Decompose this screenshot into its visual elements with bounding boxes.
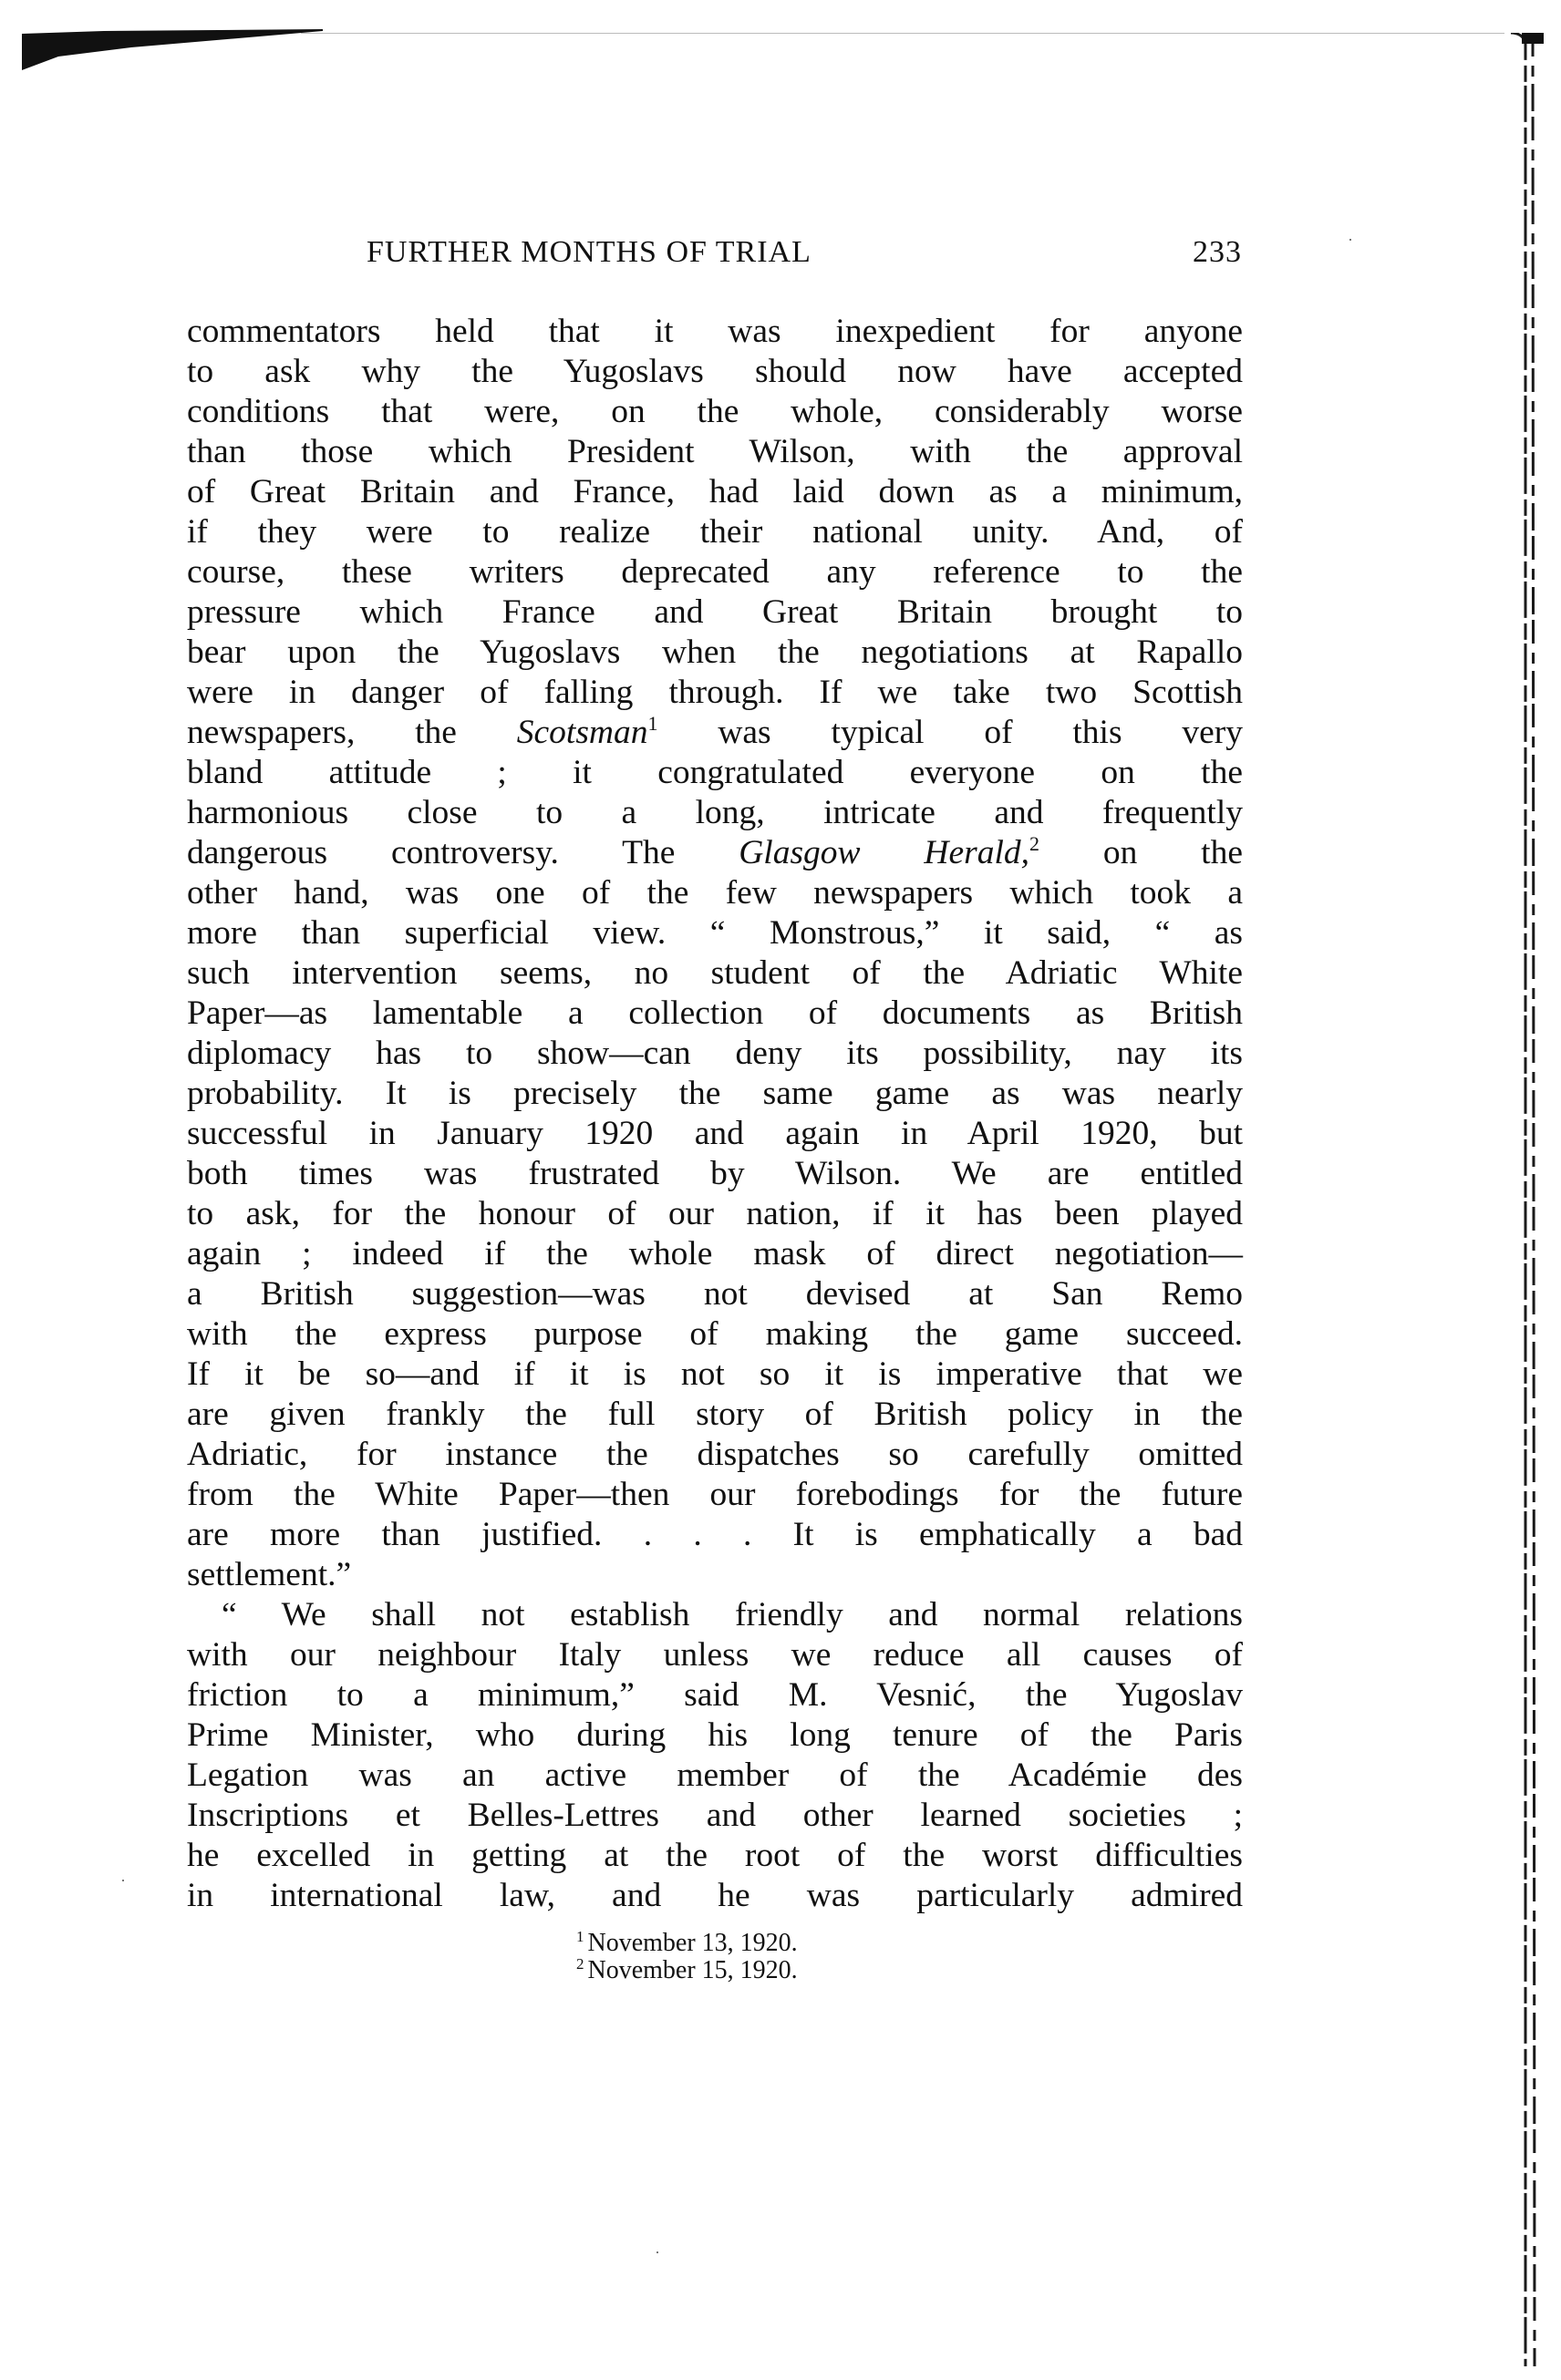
text-line: course, these writers deprecated any ref…: [187, 552, 1243, 592]
page-number: 233: [1193, 235, 1242, 270]
footnote-text: November 15, 1920.: [588, 1956, 798, 1984]
footnote-reference: 1: [648, 712, 658, 735]
line-text: dangerous controversy. The: [187, 834, 739, 871]
text-line: are more than justified. . . . It is emp…: [187, 1515, 1243, 1555]
text-line: are given frankly the full story of Brit…: [187, 1395, 1243, 1435]
text-line: friction to a minimum,” said M. Vesnić, …: [187, 1675, 1243, 1715]
line-text: are given frankly the full story of Brit…: [187, 1396, 1243, 1433]
text-line: again ; indeed if the whole mask of dire…: [187, 1234, 1243, 1274]
text-line: of Great Britain and France, had laid do…: [187, 472, 1243, 512]
line-text: course, these writers deprecated any ref…: [187, 553, 1243, 591]
footnotes: 1November 13, 1920. 2November 15, 1920.: [576, 1930, 798, 1984]
text-line: probability. It is precisely the same ga…: [187, 1074, 1243, 1114]
text-line: Legation was an active member of the Aca…: [187, 1756, 1243, 1796]
line-text: commentators held that it was inexpedien…: [187, 313, 1243, 350]
scan-speck: [1349, 239, 1351, 241]
line-text: both times was frustrated by Wilson. We …: [187, 1155, 1243, 1192]
text-line: more than superficial view. “ Monstrous,…: [187, 913, 1243, 953]
newspaper-title: Glasgow Herald,: [739, 834, 1029, 871]
line-text: bear upon the Yugoslavs when the negotia…: [187, 634, 1243, 671]
line-text: he excelled in getting at the root of th…: [187, 1837, 1243, 1874]
text-line: Adriatic, for instance the dispatches so…: [187, 1435, 1243, 1475]
line-text: successful in January 1920 and again in …: [187, 1115, 1243, 1152]
line-text: newspapers, the: [187, 714, 517, 751]
running-header: FURTHER MONTHS OF TRIAL 233: [367, 235, 1242, 272]
scan-speck: [122, 1880, 124, 1881]
line-text: Inscriptions et Belles-Lettres and other…: [187, 1797, 1243, 1834]
footnote-text: November 13, 1920.: [588, 1929, 798, 1957]
text-line: dangerous controversy. The Glasgow Heral…: [187, 833, 1243, 873]
line-text: “ We shall not establish friendly and no…: [222, 1596, 1243, 1633]
text-line: If it be so—and if it is not so it is im…: [187, 1355, 1243, 1395]
text-line: Inscriptions et Belles-Lettres and other…: [187, 1796, 1243, 1836]
line-text: Prime Minister, who during his long tenu…: [187, 1716, 1243, 1754]
text-line: “ We shall not establish friendly and no…: [187, 1595, 1243, 1635]
line-text: other hand, was one of the few newspaper…: [187, 874, 1243, 912]
footnote-2: 2November 15, 1920.: [576, 1957, 798, 1984]
line-text: was typical of this very: [658, 714, 1243, 751]
footnote-mark: 1: [576, 1928, 584, 1945]
footnote-reference: 2: [1029, 832, 1039, 855]
line-text: bland attitude ; it congratulated everyo…: [187, 754, 1243, 791]
line-text: if they were to realize their national u…: [187, 513, 1243, 551]
text-line: settlement.”: [187, 1555, 1243, 1595]
line-text: of Great Britain and France, had laid do…: [187, 473, 1243, 510]
line-text: Adriatic, for instance the dispatches so…: [187, 1436, 1243, 1473]
line-text: harmonious close to a long, intricate an…: [187, 794, 1243, 831]
text-line: Prime Minister, who during his long tenu…: [187, 1715, 1243, 1756]
text-line: harmonious close to a long, intricate an…: [187, 793, 1243, 833]
text-line: newspapers, the Scotsman1 was typical of…: [187, 713, 1243, 753]
line-text: with the express purpose of making the g…: [187, 1315, 1243, 1353]
text-line: commentators held that it was inexpedien…: [187, 312, 1243, 352]
text-line: to ask, for the honour of our nation, if…: [187, 1194, 1243, 1234]
text-line: bland attitude ; it congratulated everyo…: [187, 753, 1243, 793]
text-line: successful in January 1920 and again in …: [187, 1114, 1243, 1154]
line-text: again ; indeed if the whole mask of dire…: [187, 1235, 1243, 1272]
text-line: diplomacy has to show—can deny its possi…: [187, 1034, 1243, 1074]
line-text: diplomacy has to show—can deny its possi…: [187, 1035, 1243, 1072]
text-line: were in danger of falling through. If we…: [187, 673, 1243, 713]
scan-shadow-artifact: [22, 29, 323, 73]
line-text: friction to a minimum,” said M. Vesnić, …: [187, 1676, 1243, 1714]
scan-edge-line: [301, 33, 1504, 34]
text-line: other hand, was one of the few newspaper…: [187, 873, 1243, 913]
text-line: both times was frustrated by Wilson. We …: [187, 1154, 1243, 1194]
line-text: from the White Paper—then our foreboding…: [187, 1476, 1243, 1513]
newspaper-title: Scotsman: [517, 714, 648, 751]
text-line: if they were to realize their national u…: [187, 512, 1243, 552]
line-text: were in danger of falling through. If we…: [187, 674, 1243, 711]
line-text: such intervention seems, no student of t…: [187, 954, 1243, 992]
text-line: to ask why the Yugoslavs should now have…: [187, 352, 1243, 392]
text-line: with the express purpose of making the g…: [187, 1314, 1243, 1355]
line-text: probability. It is precisely the same ga…: [187, 1075, 1243, 1112]
line-text: to ask, for the honour of our nation, if…: [187, 1195, 1243, 1232]
body-text: commentators held that it was inexpedien…: [187, 312, 1243, 1916]
text-line: Paper—as lamentable a collection of docu…: [187, 994, 1243, 1034]
text-line: in international law, and he was particu…: [187, 1876, 1243, 1916]
footnote-mark: 2: [576, 1955, 584, 1973]
line-text: in international law, and he was particu…: [187, 1877, 1243, 1914]
text-line: from the White Paper—then our foreboding…: [187, 1475, 1243, 1515]
text-line: a British suggestion—was not devised at …: [187, 1274, 1243, 1314]
line-text: If it be so—and if it is not so it is im…: [187, 1355, 1243, 1393]
text-line: bear upon the Yugoslavs when the negotia…: [187, 633, 1243, 673]
line-text: to ask why the Yugoslavs should now have…: [187, 353, 1243, 390]
line-text: pressure which France and Great Britain …: [187, 593, 1243, 631]
line-text: settlement.”: [187, 1556, 351, 1593]
chapter-title: FURTHER MONTHS OF TRIAL: [367, 235, 812, 270]
line-text: Paper—as lamentable a collection of docu…: [187, 994, 1243, 1032]
line-text: with our neighbour Italy unless we reduc…: [187, 1636, 1243, 1674]
line-text: a British suggestion—was not devised at …: [187, 1275, 1243, 1313]
footnote-1: 1November 13, 1920.: [576, 1930, 798, 1957]
line-text: Legation was an active member of the Aca…: [187, 1757, 1243, 1794]
text-line: he excelled in getting at the root of th…: [187, 1836, 1243, 1876]
text-line: conditions that were, on the whole, cons…: [187, 392, 1243, 432]
text-line: with our neighbour Italy unless we reduc…: [187, 1635, 1243, 1675]
line-text: on the: [1039, 834, 1243, 871]
line-text: than those which President Wilson, with …: [187, 433, 1243, 470]
line-text: more than superficial view. “ Monstrous,…: [187, 914, 1243, 952]
scan-speck: [656, 2251, 658, 2253]
line-text: conditions that were, on the whole, cons…: [187, 393, 1243, 430]
text-line: than those which President Wilson, with …: [187, 432, 1243, 472]
page-edge-artifact: [1509, 33, 1545, 2366]
text-line: such intervention seems, no student of t…: [187, 953, 1243, 994]
text-line: pressure which France and Great Britain …: [187, 592, 1243, 633]
line-text: are more than justified. . . . It is emp…: [187, 1516, 1243, 1553]
